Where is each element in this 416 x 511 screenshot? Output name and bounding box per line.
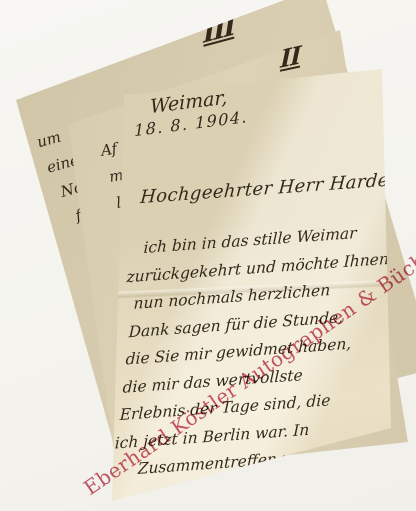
autograph-letter-photo: III umeineNorfürgülehi II Afmleudfledhu … bbox=[0, 0, 416, 511]
page-number-iii: III bbox=[203, 10, 234, 50]
letter-salutation: Hochgeehrter Herr Harden, bbox=[140, 168, 408, 208]
